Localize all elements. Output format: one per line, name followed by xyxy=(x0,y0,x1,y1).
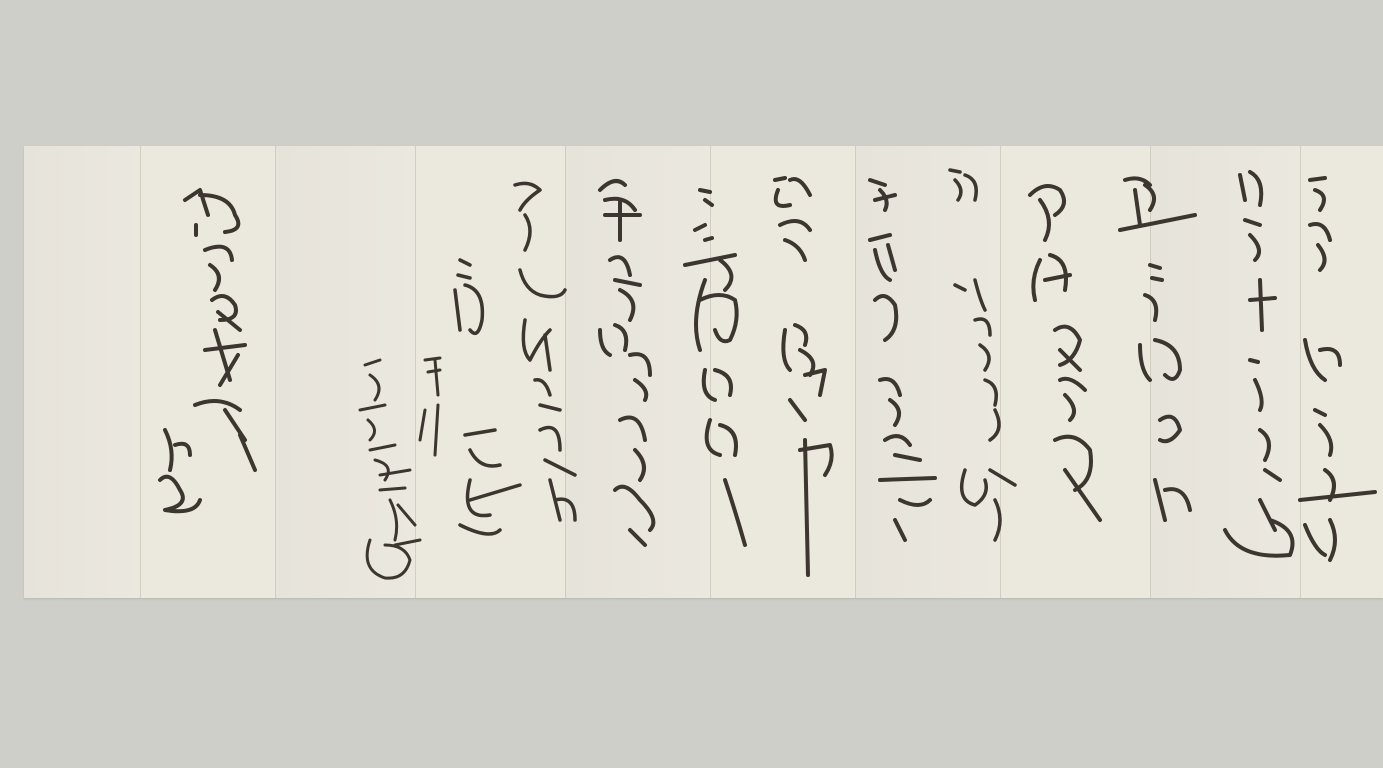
letter-paper xyxy=(24,146,1383,598)
paper-panel xyxy=(1000,146,1151,598)
paper-panel xyxy=(140,146,276,598)
paper-panel xyxy=(415,146,566,598)
paper-panel xyxy=(24,146,141,598)
paper-panel xyxy=(1150,146,1301,598)
paper-panel xyxy=(275,146,416,598)
paper-panel xyxy=(710,146,856,598)
paper-panel xyxy=(565,146,711,598)
paper-panel xyxy=(855,146,1001,598)
